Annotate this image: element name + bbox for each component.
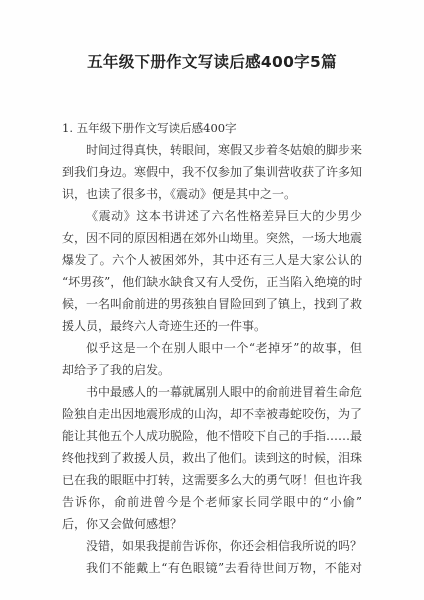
text-line: 告诉你，俞前进曾今是个老师家长同学眼中的“小偷”	[62, 491, 362, 513]
text-line: 援人员，最终六人奇迹生还的一件事。	[62, 315, 362, 337]
text-line: 书中最感人的一幕就属别人眼中的俞前进冒着生命危	[62, 381, 362, 403]
text-line: 似乎这是一个在别人眼中一个“老掉牙”的故事，但	[62, 337, 362, 359]
text-line: 候，一名叫俞前进的男孩独自冒险回到了镇上，找到了救	[62, 293, 362, 315]
paragraph-lines: 时间过得真快，转眼间，寒假又步着冬姑娘的脚步来到我们身边。寒假中，我不仅参加了集…	[62, 139, 362, 579]
text-line: 女，因不同的原因相遇在郊外山坳里。突然，一场大地震	[62, 227, 362, 249]
document-title: 五年级下册作文写读后感400字5篇	[0, 50, 424, 72]
document-page: 五年级下册作文写读后感400字5篇 1. 五年级下册作文写读后感400字 时间过…	[0, 0, 424, 600]
text-line: 识，也读了很多书，《震动》便是其中之一。	[62, 183, 362, 205]
text-line: 已在我的眼眶中打转，这需要多么大的勇气呀！但也许我	[62, 469, 362, 491]
text-line: 到我们身边。寒假中，我不仅参加了集训营收获了许多知	[62, 161, 362, 183]
section-heading: 1. 五年级下册作文写读后感400字	[62, 117, 362, 139]
text-line: 终他找到了救援人员，救出了他们。读到这的时候，泪珠	[62, 447, 362, 469]
text-line: 爆发了。六个人被困郊外，其中还有三人是大家公认的	[62, 249, 362, 271]
text-line: 《震动》这本书讲述了六名性格差异巨大的少男少	[62, 205, 362, 227]
text-line: 时间过得真快，转眼间，寒假又步着冬姑娘的脚步来	[62, 139, 362, 161]
document-body: 1. 五年级下册作文写读后感400字 时间过得真快，转眼间，寒假又步着冬姑娘的脚…	[62, 117, 362, 579]
text-line: 却给予了我的启发。	[62, 359, 362, 381]
text-line: 没错，如果我提前告诉你，你还会相信我所说的吗？	[62, 535, 362, 557]
text-line: 后，你又会做何感想？	[62, 513, 362, 535]
text-line: 我们不能戴上“有色眼镜”去看待世间万物，不能对	[62, 557, 362, 579]
text-line: “坏男孩”，他们缺水缺食又有人受伤，正当陷入绝境的时	[62, 271, 362, 293]
text-line: 险独自走出因地震形成的山沟，却不幸被毒蛇咬伤，为了	[62, 403, 362, 425]
text-line: 能让其他五个人成功脱险，他不惜咬下自己的手指……最	[62, 425, 362, 447]
